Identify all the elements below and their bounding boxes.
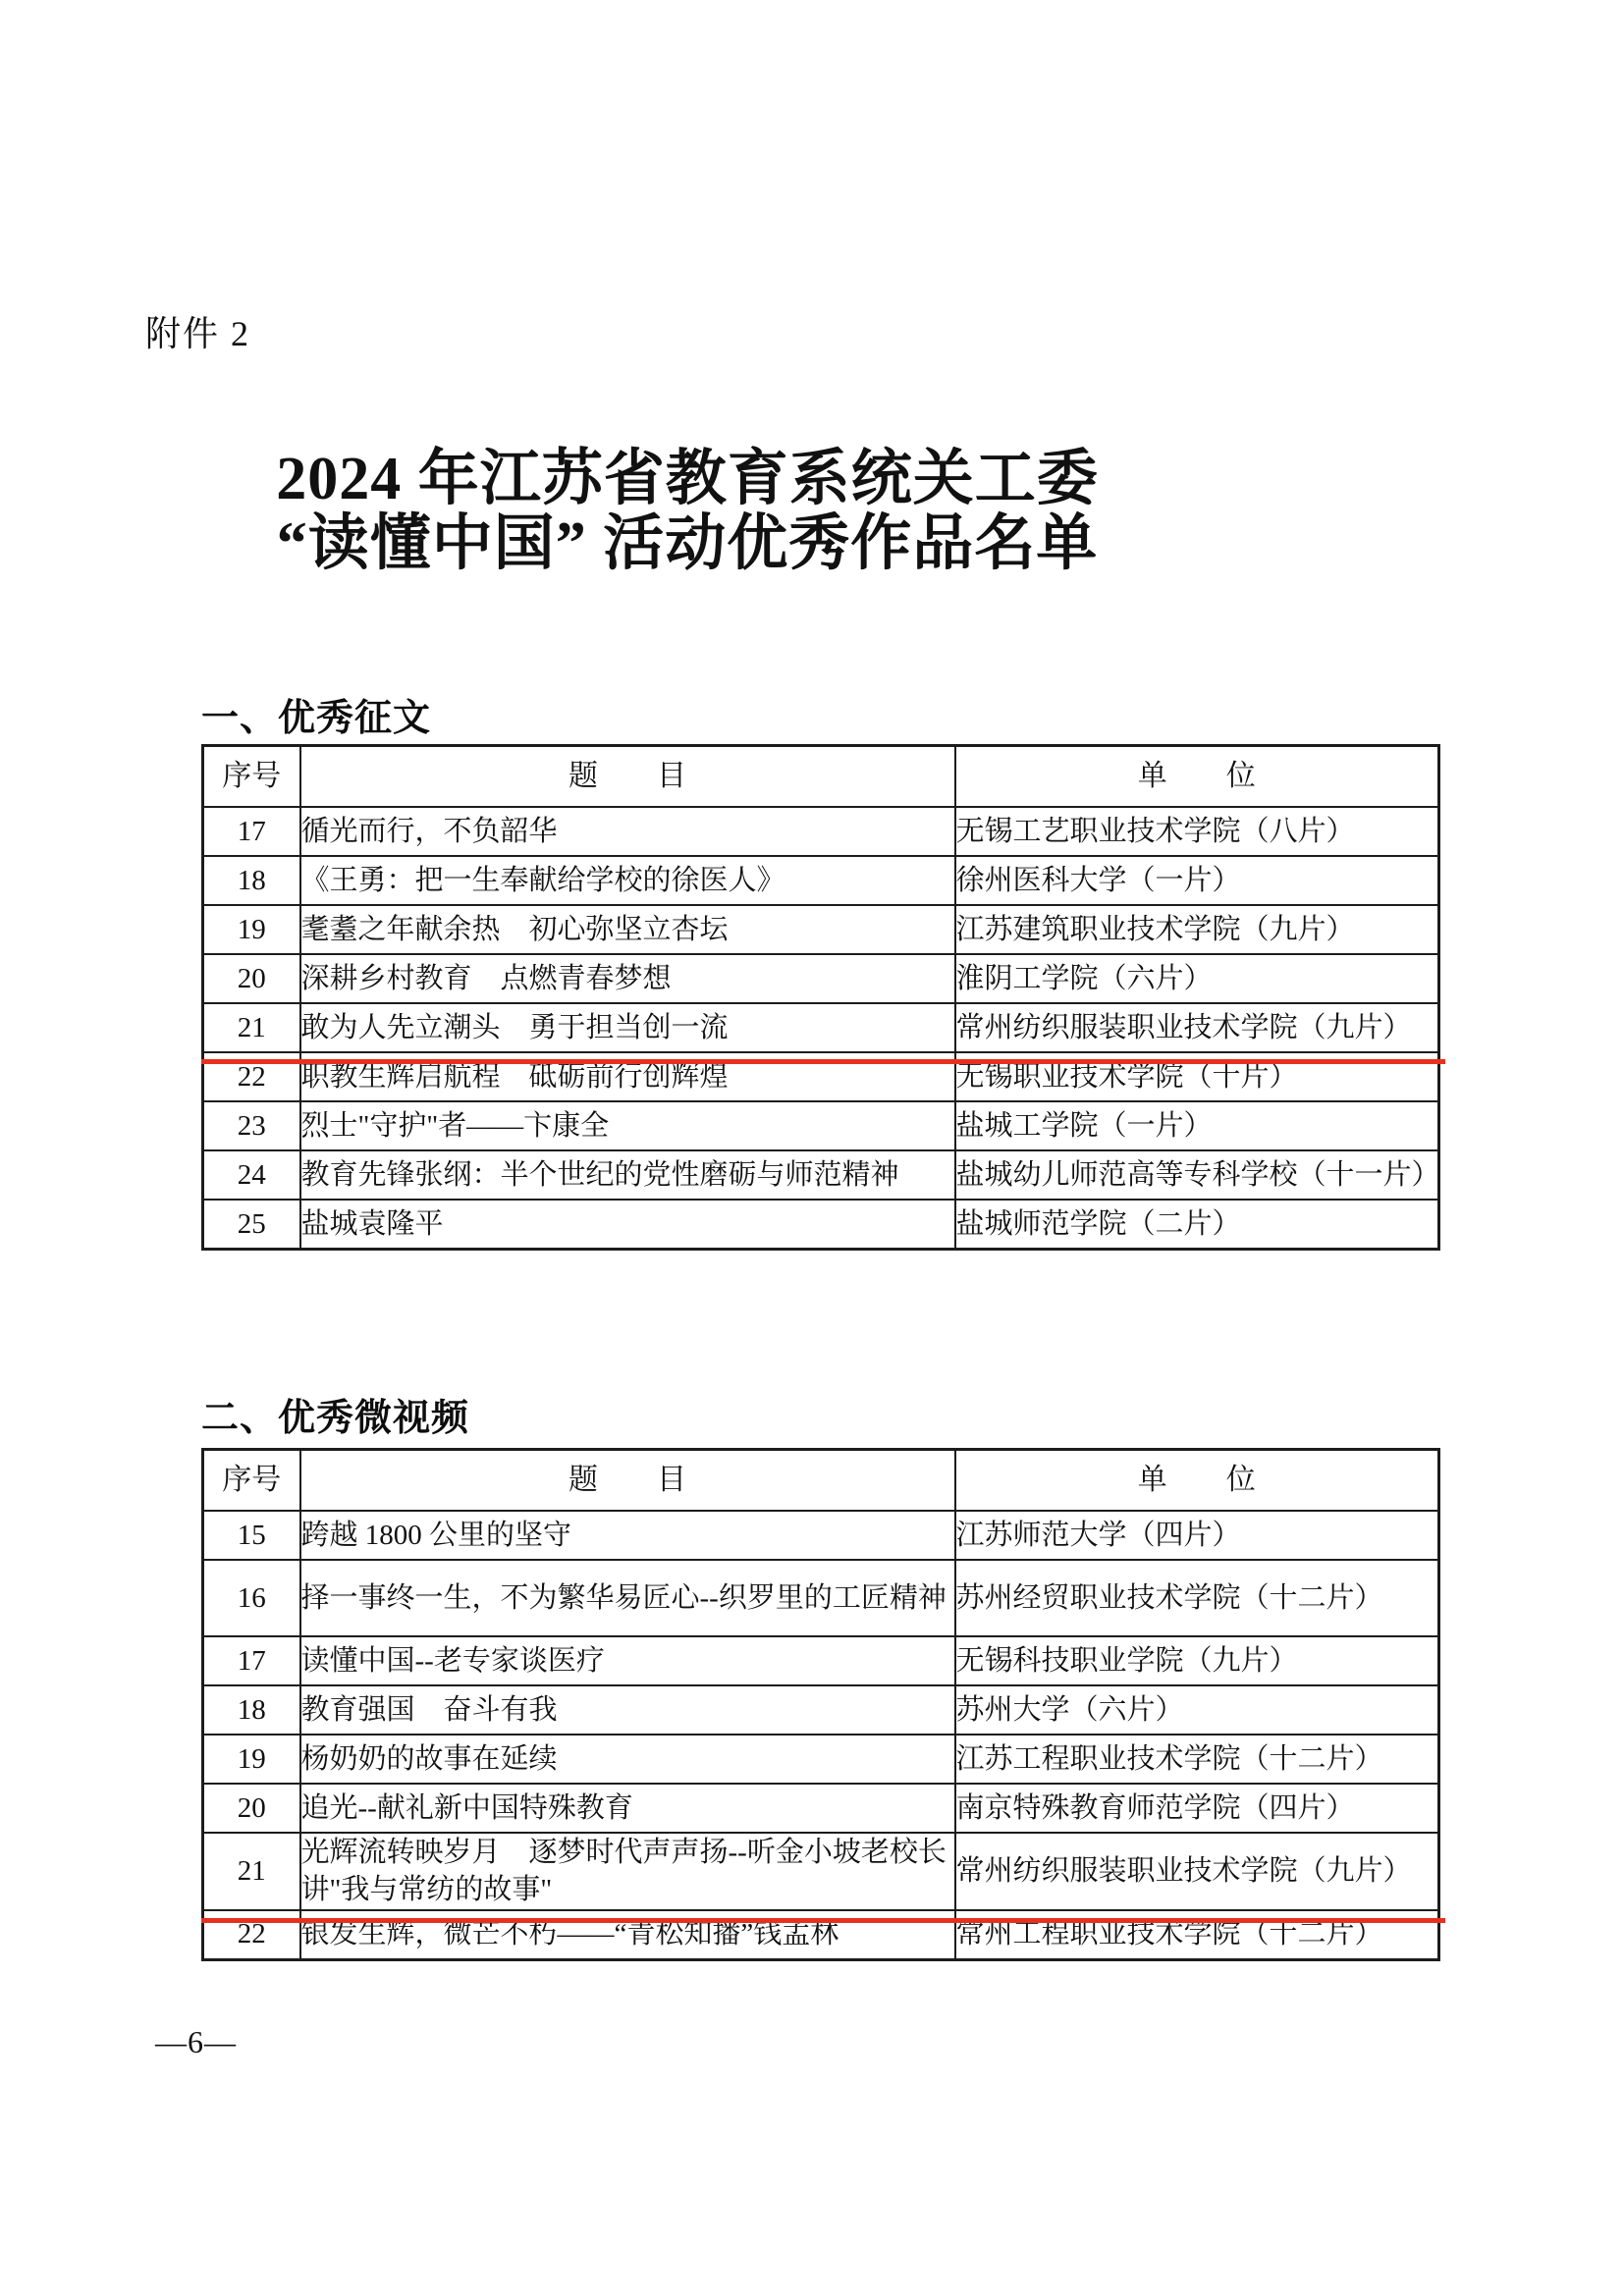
row-unit: 常州纺织服装职业技术学院（九片） xyxy=(955,1003,1439,1052)
row-no: 20 xyxy=(203,1784,300,1833)
row-no: 19 xyxy=(203,1735,300,1784)
row-unit: 南京特殊教育师范学院（四片） xyxy=(955,1784,1439,1833)
row-title: 教育强国 奋斗有我 xyxy=(300,1685,955,1735)
title-line-2: “读懂中国” 活动优秀作品名单 xyxy=(0,511,1375,576)
row-unit: 徐州医科大学（一片） xyxy=(955,856,1439,905)
column-header-no: 序号 xyxy=(203,746,300,808)
table-row: 20 深耕乡村教育 点燃青春梦想 淮阴工学院（六片） xyxy=(203,954,1439,1003)
column-header-title: 题 目 xyxy=(300,1450,955,1512)
row-no: 17 xyxy=(203,1636,300,1685)
row-title: 烈士"守护"者——卞康全 xyxy=(300,1101,955,1150)
row-no: 20 xyxy=(203,954,300,1003)
document-title: 2024 年江苏省教育系统关工委 “读懂中国” 活动优秀作品名单 xyxy=(0,447,1375,576)
table-row: 18 教育强国 奋斗有我 苏州大学（六片） xyxy=(203,1685,1439,1735)
row-no: 17 xyxy=(203,807,300,856)
row-unit: 苏州大学（六片） xyxy=(955,1685,1439,1735)
row-no: 23 xyxy=(203,1101,300,1150)
table-row: 18 《王勇：把一生奉献给学校的徐医人》 徐州医科大学（一片） xyxy=(203,856,1439,905)
row-no: 24 xyxy=(203,1150,300,1200)
row-title: 跨越 1800 公里的坚守 xyxy=(300,1511,955,1560)
videos-table-header-row: 序号 题 目 单 位 xyxy=(203,1450,1439,1512)
attachment-label: 附件 2 xyxy=(145,306,250,356)
row-title: 追光--献礼新中国特殊教育 xyxy=(300,1784,955,1833)
table-row: 16 择一事终一生，不为繁华易匠心--织罗里的工匠精神 苏州经贸职业技术学院（十… xyxy=(203,1560,1439,1636)
section-heading-essays: 一、优秀征文 xyxy=(201,687,431,741)
row-title: 光辉流转映岁月 逐梦时代声声扬--听金小坡老校长讲"我与常纺的故事" xyxy=(300,1833,955,1910)
row-no: 19 xyxy=(203,905,300,954)
row-title: 教育先锋张纲：半个世纪的党性磨砺与师范精神 xyxy=(300,1150,955,1200)
row-unit: 江苏建筑职业技术学院（九片） xyxy=(955,905,1439,954)
row-title: 盐城袁隆平 xyxy=(300,1200,955,1250)
column-header-title: 题 目 xyxy=(300,746,955,808)
row-unit: 盐城师范学院（二片） xyxy=(955,1200,1439,1250)
row-no: 21 xyxy=(203,1003,300,1052)
row-title: 读懂中国--老专家谈医疗 xyxy=(300,1636,955,1685)
table-row: 24 教育先锋张纲：半个世纪的党性磨砺与师范精神 盐城幼儿师范高等专科学校（十一… xyxy=(203,1150,1439,1200)
table-row: 19 耄耋之年献余热 初心弥坚立杏坛 江苏建筑职业技术学院（九片） xyxy=(203,905,1439,954)
row-unit: 江苏工程职业技术学院（十二片） xyxy=(955,1735,1439,1784)
row-unit: 盐城工学院（一片） xyxy=(955,1101,1439,1150)
row-unit: 无锡工艺职业技术学院（八片） xyxy=(955,807,1439,856)
red-underline-mark-essays-row21 xyxy=(201,1059,1445,1064)
row-no: 25 xyxy=(203,1200,300,1250)
essays-table: 序号 题 目 单 位 17 循光而行，不负韶华 无锡工艺职业技术学院（八片） 1… xyxy=(201,744,1440,1251)
row-title: 择一事终一生，不为繁华易匠心--织罗里的工匠精神 xyxy=(300,1560,955,1636)
page-number: —6— xyxy=(155,2024,237,2060)
title-line-1: 2024 年江苏省教育系统关工委 xyxy=(0,447,1375,511)
table-row: 20 追光--献礼新中国特殊教育 南京特殊教育师范学院（四片） xyxy=(203,1784,1439,1833)
row-title: 耄耋之年献余热 初心弥坚立杏坛 xyxy=(300,905,955,954)
videos-table: 序号 题 目 单 位 15 跨越 1800 公里的坚守 江苏师范大学（四片） 1… xyxy=(201,1448,1440,1961)
column-header-unit: 单 位 xyxy=(955,746,1439,808)
row-no: 18 xyxy=(203,856,300,905)
table-row: 17 循光而行，不负韶华 无锡工艺职业技术学院（八片） xyxy=(203,807,1439,856)
table-row: 21 敢为人先立潮头 勇于担当创一流 常州纺织服装职业技术学院（九片） xyxy=(203,1003,1439,1052)
column-header-no: 序号 xyxy=(203,1450,300,1512)
essays-table-header-row: 序号 题 目 单 位 xyxy=(203,746,1439,808)
row-no: 21 xyxy=(203,1833,300,1910)
row-title: 杨奶奶的故事在延续 xyxy=(300,1735,955,1784)
row-unit: 常州纺织服装职业技术学院（九片） xyxy=(955,1833,1439,1910)
row-no: 15 xyxy=(203,1511,300,1560)
red-underline-mark-videos-row21 xyxy=(201,1918,1445,1923)
row-title: 《王勇：把一生奉献给学校的徐医人》 xyxy=(300,856,955,905)
row-unit: 淮阴工学院（六片） xyxy=(955,954,1439,1003)
row-title: 深耕乡村教育 点燃青春梦想 xyxy=(300,954,955,1003)
row-no: 16 xyxy=(203,1560,300,1636)
column-header-unit: 单 位 xyxy=(955,1450,1439,1512)
table-row: 25 盐城袁隆平 盐城师范学院（二片） xyxy=(203,1200,1439,1250)
table-row: 15 跨越 1800 公里的坚守 江苏师范大学（四片） xyxy=(203,1511,1439,1560)
row-title: 循光而行，不负韶华 xyxy=(300,807,955,856)
document-page: 附件 2 2024 年江苏省教育系统关工委 “读懂中国” 活动优秀作品名单 一、… xyxy=(0,0,1624,2296)
row-no: 18 xyxy=(203,1685,300,1735)
row-unit: 无锡科技职业学院（九片） xyxy=(955,1636,1439,1685)
row-unit: 江苏师范大学（四片） xyxy=(955,1511,1439,1560)
table-row: 23 烈士"守护"者——卞康全 盐城工学院（一片） xyxy=(203,1101,1439,1150)
row-unit: 盐城幼儿师范高等专科学校（十一片） xyxy=(955,1150,1439,1200)
row-title: 敢为人先立潮头 勇于担当创一流 xyxy=(300,1003,955,1052)
row-unit: 苏州经贸职业技术学院（十二片） xyxy=(955,1560,1439,1636)
section-heading-videos: 二、优秀微视频 xyxy=(201,1387,469,1441)
table-row: 21 光辉流转映岁月 逐梦时代声声扬--听金小坡老校长讲"我与常纺的故事" 常州… xyxy=(203,1833,1439,1910)
table-row: 17 读懂中国--老专家谈医疗 无锡科技职业学院（九片） xyxy=(203,1636,1439,1685)
table-row: 19 杨奶奶的故事在延续 江苏工程职业技术学院（十二片） xyxy=(203,1735,1439,1784)
